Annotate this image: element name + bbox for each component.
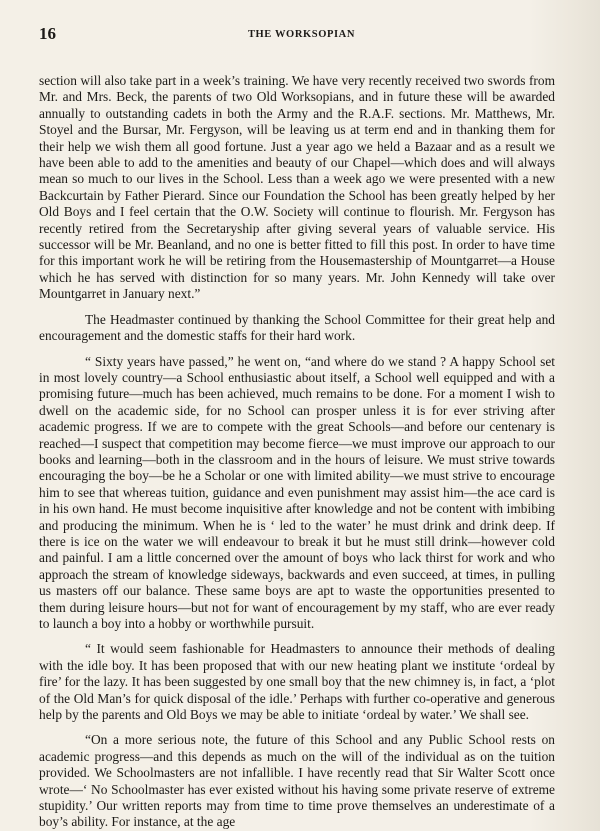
- paragraph-sixty-years: “ Sixty years have passed,” he went on, …: [39, 354, 555, 633]
- paragraph-continuation: section will also take part in a week’s …: [39, 73, 555, 303]
- body-text: section will also take part in a week’s …: [39, 73, 555, 831]
- document-page: 16 THE WORKSOPIAN section will also take…: [0, 0, 600, 831]
- paragraph-idle-boy: “ It would seem fashionable for Headmast…: [39, 641, 555, 723]
- running-title: THE WORKSOPIAN: [39, 29, 550, 40]
- page-header: 16 THE WORKSOPIAN: [39, 24, 550, 44]
- paragraph-serious-note: “On a more serious note, the future of t…: [39, 732, 555, 830]
- paragraph-headmaster-thanks: The Headmaster continued by thanking the…: [39, 312, 555, 345]
